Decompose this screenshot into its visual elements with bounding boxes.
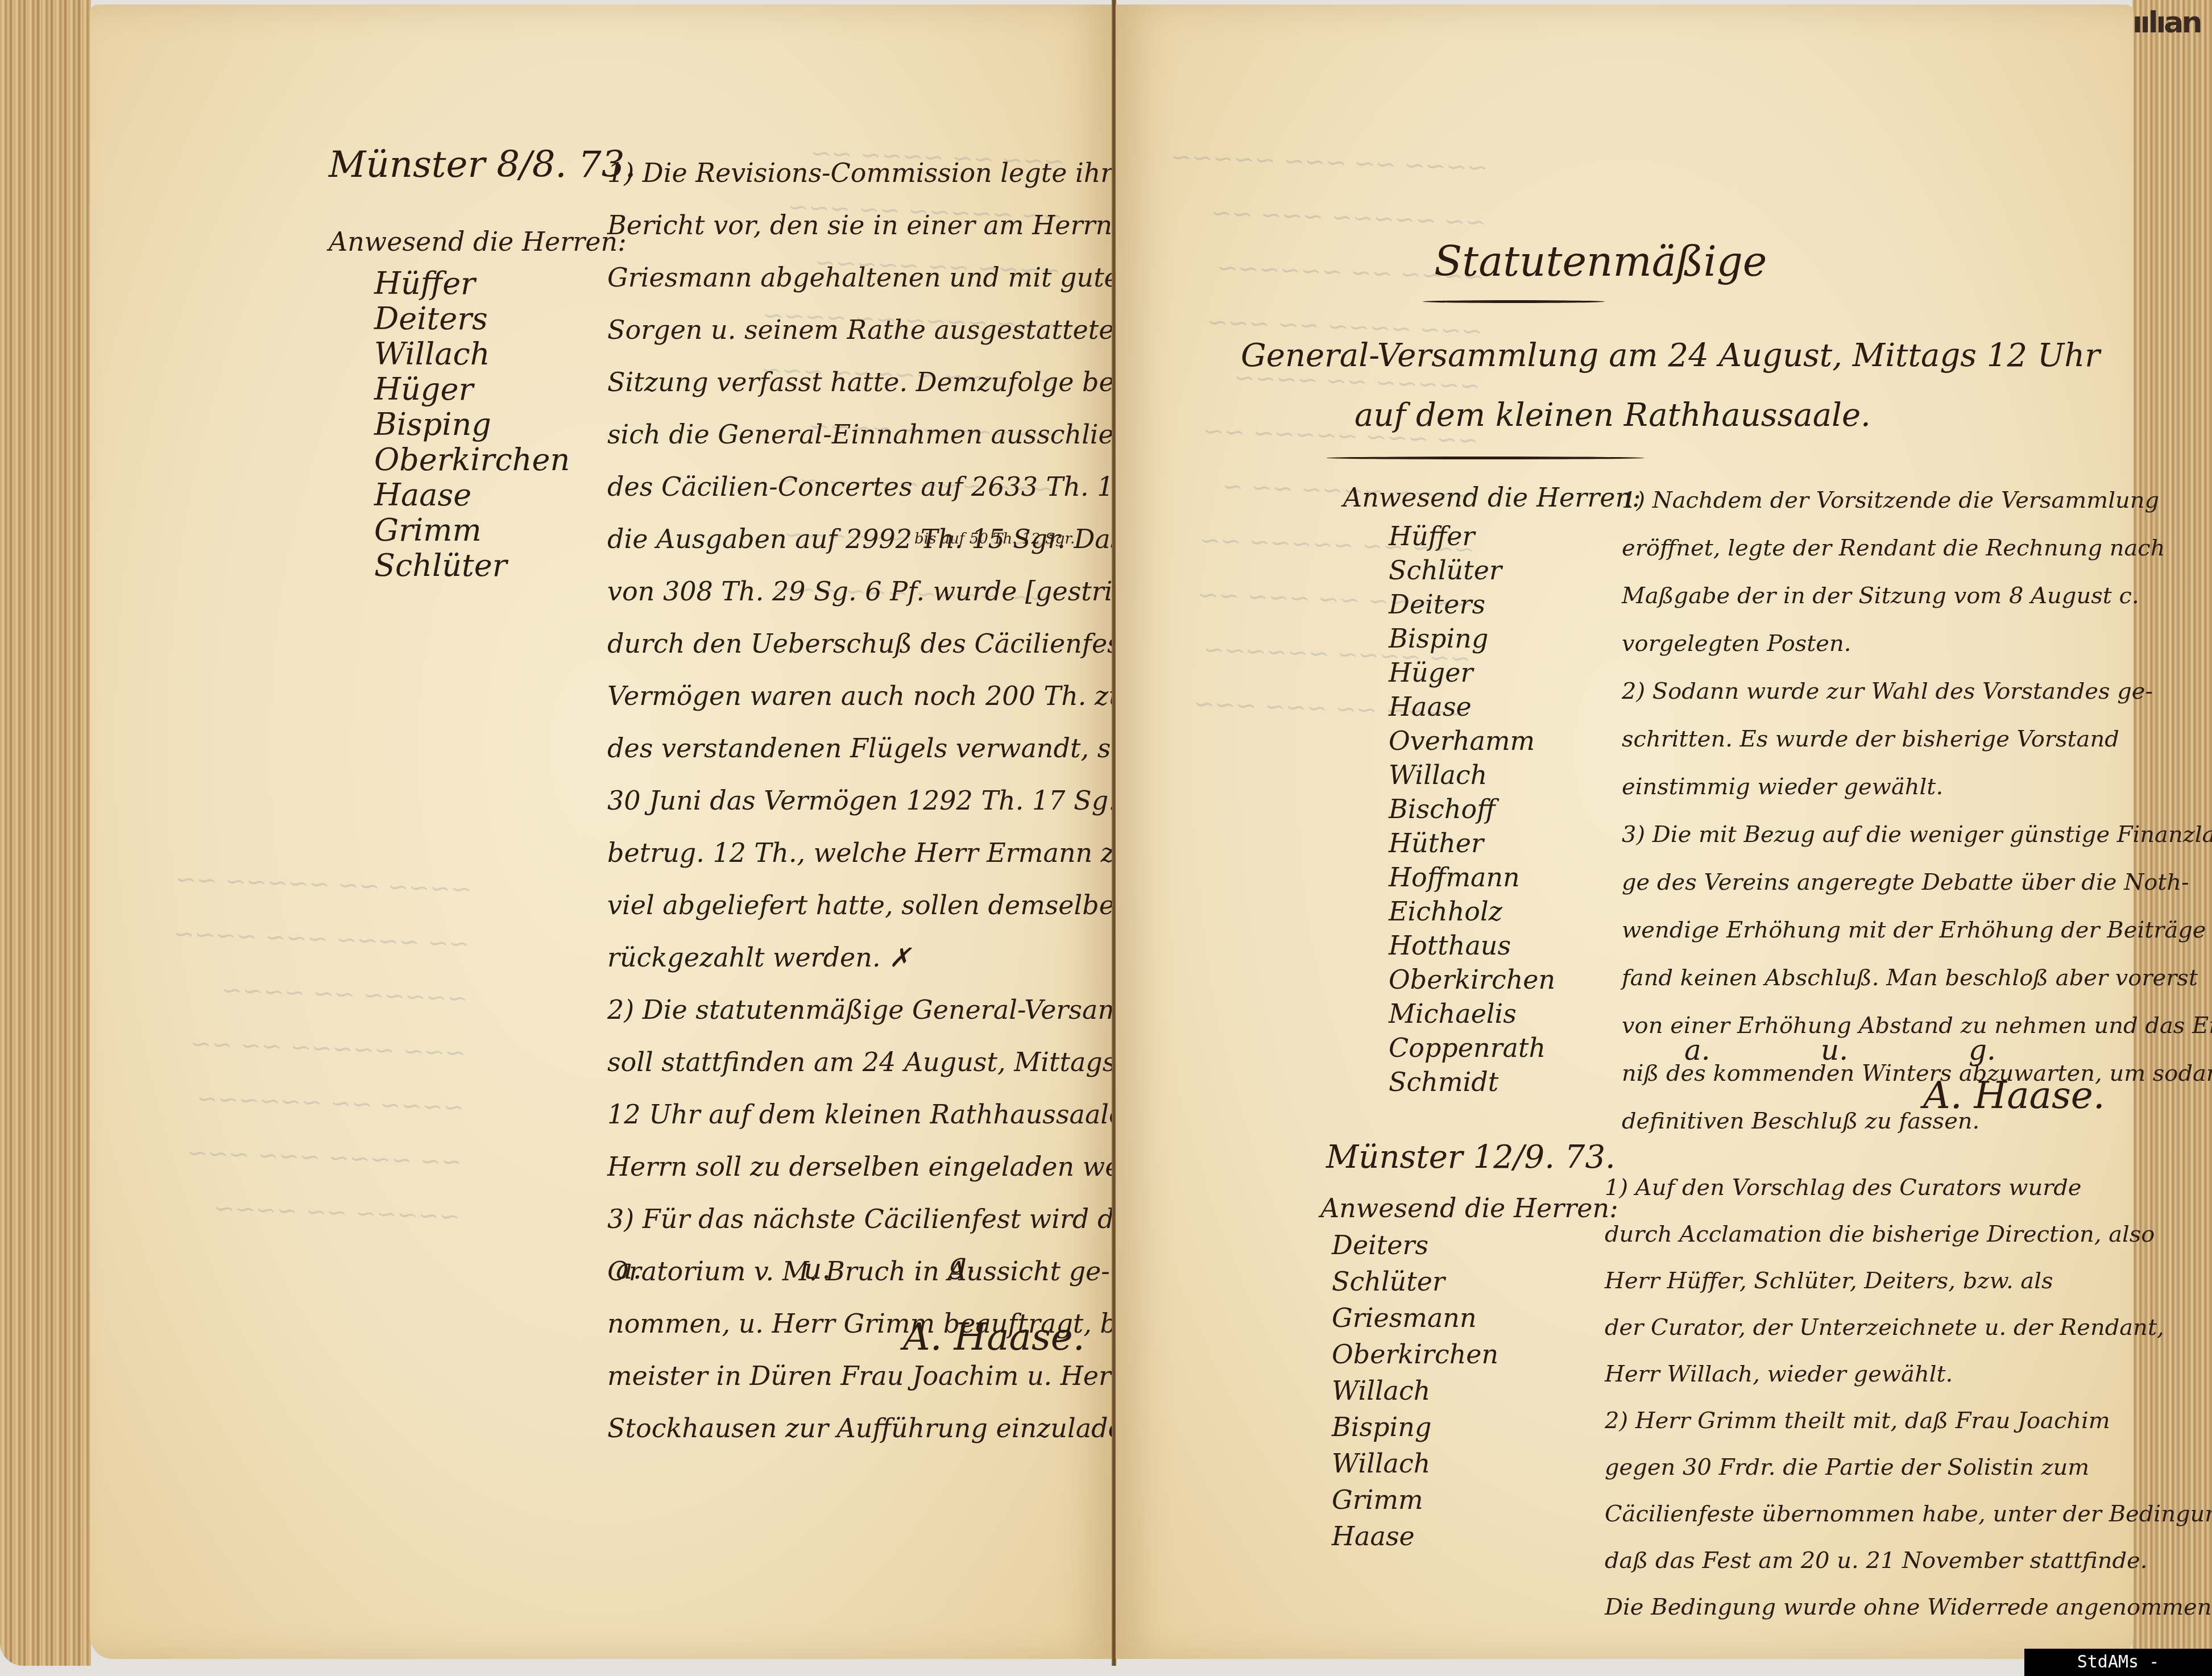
attendee-name: Deiters: [1389, 587, 1555, 621]
attendee-list: Hüffer Deiters Willach Hüger Bisping Obe…: [374, 266, 570, 583]
text-line: ge des Vereins angeregte Debatte über di…: [1622, 858, 2212, 906]
text-line: eröffnet, legte der Rendant die Rechnung…: [1622, 524, 2212, 572]
attendee-name: Hüger: [1389, 656, 1555, 690]
attendee-name: Oberkirchen: [1389, 963, 1555, 997]
text-line: 3) Die mit Bezug auf die weniger günstig…: [1622, 811, 2212, 858]
attendee-name: Bisping: [1332, 1409, 1498, 1445]
meeting-date: Münster 12/9. 73.: [1326, 1139, 1615, 1176]
attendee-name: Schlüter: [1389, 553, 1555, 587]
attendee-name: Bisping: [374, 407, 570, 442]
attendee-name: Haase: [1389, 690, 1555, 724]
attendee-name: Bischoff: [1389, 792, 1555, 826]
attendee-name: Willach: [1389, 758, 1555, 792]
attendee-name: Oberkirchen: [1332, 1336, 1498, 1372]
text-line: 2) Sodann wurde zur Wahl des Vorstandes …: [1622, 667, 2212, 715]
text-line: 2) Herr Grimm theilt mit, daß Frau Joach…: [1605, 1397, 2212, 1444]
text-line: Herr Hüffer, Schlüter, Deiters, bzw. als: [1605, 1258, 2212, 1304]
assembly-subheading-line1: General-Versammlung am 24 August, Mittag…: [1241, 337, 2100, 374]
spine-ink-mark: ıılıan: [2132, 6, 2189, 51]
text-line: Die Bedingung wurde ohne Widerrede angen…: [1605, 1584, 2212, 1631]
attendee-name: Michaelis: [1389, 997, 1555, 1031]
attendee-list: Hüffer Schlüter Deiters Bisping Hüger Ha…: [1389, 519, 1555, 1099]
text-line: wendige Erhöhung mit der Erhöhung der Be…: [1622, 906, 2212, 954]
attendee-name: Overhamm: [1389, 724, 1555, 758]
text-line: gegen 30 Frdr. die Partie der Solistin z…: [1605, 1444, 2212, 1491]
assembly-subheading-line2: auf dem kleinen Rathhaussaale.: [1354, 397, 1871, 434]
meeting-minutes: 1) Auf den Vorschlag des Curators wurde …: [1605, 1164, 2212, 1631]
closing-mark: g.: [948, 1247, 976, 1280]
attendee-name: Grimm: [1332, 1482, 1498, 1518]
attendee-name: Bisping: [1389, 621, 1555, 656]
text-line: einstimmig wieder gewählt.: [1622, 763, 2212, 811]
attendee-name: Hüffer: [1389, 519, 1555, 553]
attendee-name: Griesmann: [1332, 1300, 1498, 1336]
attendee-name: Haase: [1332, 1518, 1498, 1554]
text-line: der Curator, der Unterzeichnete u. der R…: [1605, 1304, 2212, 1351]
text-line: durch Acclamation die bisherige Directio…: [1605, 1211, 2212, 1258]
attendee-name: Deiters: [1332, 1227, 1498, 1263]
attendee-name: Hotthaus: [1389, 928, 1555, 963]
text-line: vorgelegten Posten.: [1622, 620, 2212, 667]
text-line: schritten. Es wurde der bisherige Vorsta…: [1622, 715, 2212, 763]
present-label: Anwesend die Herren:: [1343, 482, 1641, 513]
meeting-date: Münster 8/8. 73.: [329, 144, 636, 186]
secretary-signature: A. Haase.: [1923, 1073, 2105, 1117]
open-ledger-book: ıılıan ~~~ ~~ ~~~~ ~~ ~~ ~~~~~ ~~ ~~~ ~~…: [0, 0, 2212, 1676]
attendee-list: Deiters Schlüter Griesmann Oberkirchen W…: [1332, 1227, 1498, 1554]
text-line: fand keinen Abschluß. Man beschloß aber …: [1622, 954, 2212, 1002]
closing-mark: u.: [1821, 1034, 1848, 1067]
archive-reference-label: StdAMs - MV_002a_217: [2024, 1649, 2212, 1676]
attendee-name: Schlüter: [1332, 1263, 1498, 1300]
attendee-name: Hüger: [374, 372, 570, 407]
closing-mark: a.: [616, 1252, 642, 1285]
interlinear-note: bis auf 50 Th. 12 Sgr.: [914, 530, 1075, 547]
closing-mark: a.: [1684, 1034, 1710, 1067]
attendee-name: Schlüter: [374, 548, 570, 583]
text-line: Cäcilienfeste übernommen habe, unter der…: [1605, 1491, 2212, 1537]
attendee-name: Hoffmann: [1389, 860, 1555, 894]
attendee-name: Coppenrath: [1389, 1031, 1555, 1065]
left-page: ~~~ ~~ ~~~~ ~~ ~~ ~~~~~ ~~ ~~~ ~~~~ ~~ ~…: [90, 5, 1113, 1659]
text-line: Herr Willach, wieder gewählt.: [1605, 1351, 2212, 1397]
attendee-name: Willach: [374, 337, 570, 372]
attendee-name: Eichholz: [1389, 894, 1555, 928]
attendee-name: Hüffer: [374, 266, 570, 301]
left-page-edges: [0, 0, 91, 1666]
secretary-signature: A. Haase.: [903, 1315, 1085, 1359]
text-line: 1) Auf den Vorschlag des Curators wurde: [1605, 1164, 2212, 1211]
present-label: Anwesend die Herren:: [1320, 1193, 1618, 1223]
text-line: Maßgabe der in der Sitzung vom 8 August …: [1622, 572, 2212, 620]
subheading-underline: [1326, 457, 1644, 459]
assembly-heading: Statutenmäßige: [1434, 238, 1767, 285]
attendee-name: Oberkirchen: [374, 442, 570, 478]
attendee-name: Hüther: [1389, 826, 1555, 860]
present-label: Anwesend die Herren:: [329, 226, 627, 257]
attendee-name: Grimm: [374, 513, 570, 548]
heading-underline: [1423, 300, 1605, 303]
attendee-name: Willach: [1332, 1372, 1498, 1409]
closing-mark: u.: [803, 1252, 831, 1285]
attendee-name: Deiters: [374, 301, 570, 337]
attendee-name: Willach: [1332, 1445, 1498, 1482]
right-page: ~~~~ ~~ ~~~ ~~~~~ ~~ ~~~~~ ~~~ ~~ ~~~~ ~…: [1116, 5, 2134, 1659]
text-line: daß das Fest am 20 u. 21 November stattf…: [1605, 1537, 2212, 1584]
text-line: definitiven Beschluß zu fassen.: [1622, 1097, 2212, 1145]
attendee-name: Haase: [374, 478, 570, 513]
attendee-name: Schmidt: [1389, 1065, 1555, 1099]
closing-mark: g.: [1969, 1034, 1996, 1067]
text-line: 1) Nachdem der Vorsitzende die Versammlu…: [1622, 476, 2212, 524]
bleed-through-text: ~~~~ ~~ ~~~~~ ~~ ~~ ~~~~ ~~~ ~~~~ ~~~~~ …: [163, 852, 472, 1244]
